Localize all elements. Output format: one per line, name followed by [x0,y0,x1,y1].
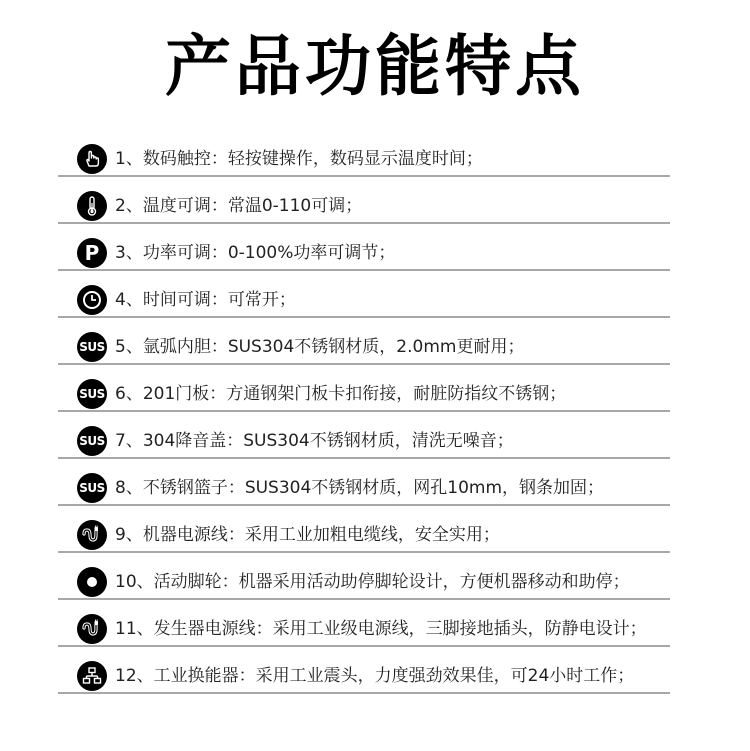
feature-item-time: 4、时间可调：可常开； [58,274,670,321]
feature-item-touch-control: 1、数码触控：轻按键操作，数码显示温度时间； [58,133,670,180]
thermometer-icon [77,191,107,221]
feature-item-door-panel: SUS 6、201门板：方通钢架门板卡扣衔接，耐脏防指纹不锈钢； [58,368,670,415]
divider [58,645,670,647]
feature-text: 6、201门板：方通钢架门板卡扣衔接，耐脏防指纹不锈钢； [115,379,566,409]
feature-item-generator-power-cable: 11、发生器电源线：采用工业级电源线，三脚接地插头，防静电设计； [58,603,670,650]
feature-text: 1、数码触控：轻按键操作，数码显示温度时间； [115,144,483,174]
feature-list: 1、数码触控：轻按键操作，数码显示温度时间； 2、温度可调：常温0-110可调；… [58,133,670,697]
sus-icon: SUS [77,379,107,409]
divider [58,457,670,459]
feature-item-machine-power-cable: 9、机器电源线：采用工业加粗电缆线，安全实用； [58,509,670,556]
feature-item-transducer: 12、工业换能器：采用工业震头，力度强劲效果佳，可24小时工作； [58,650,670,697]
divider [58,598,670,600]
feature-text: 12、工业换能器：采用工业震头，力度强劲效果佳，可24小时工作； [115,661,634,691]
network-hierarchy-icon [77,661,107,691]
feature-item-caster-wheel: 10、活动脚轮：机器采用活动助停脚轮设计，方便机器移动和助停； [58,556,670,603]
sus-icon: SUS [77,473,107,503]
divider [58,551,670,553]
divider [58,410,670,412]
divider [58,222,670,224]
clock-icon [77,285,107,315]
feature-text: 10、活动脚轮：机器采用活动助停脚轮设计，方便机器移动和助停； [115,567,630,597]
feature-item-noise-lid: SUS 7、304降音盖：SUS304不锈钢材质，清洗无噪音； [58,415,670,462]
divider [58,504,670,506]
feature-text: 7、304降音盖：SUS304不锈钢材质，清洗无噪音； [115,426,514,456]
feature-text: 5、氩弧内胆：SUS304不锈钢材质，2.0mm更耐用； [115,332,524,362]
feature-item-basket: SUS 8、不锈钢篮子：SUS304不锈钢材质，网孔10mm，钢条加固； [58,462,670,509]
feature-text: 4、时间可调：可常开； [115,285,296,315]
feature-item-inner-tank: SUS 5、氩弧内胆：SUS304不锈钢材质，2.0mm更耐用； [58,321,670,368]
divider [58,175,670,177]
power-p-icon: P [77,238,107,268]
divider [58,692,670,694]
feature-item-power: P 3、功率可调：0-100%功率可调节； [58,227,670,274]
divider [58,363,670,365]
divider [58,316,670,318]
page-title: 产品功能特点 [0,22,750,112]
feature-text: 8、不锈钢篮子：SUS304不锈钢材质，网孔10mm，钢条加固； [115,473,604,503]
feature-text: 9、机器电源线：采用工业加粗电缆线，安全实用； [115,520,500,550]
sus-icon: SUS [77,332,107,362]
divider [58,269,670,271]
sus-icon: SUS [77,426,107,456]
power-cable-icon [77,614,107,644]
caster-wheel-icon [77,567,107,597]
hand-pointer-icon [77,144,107,174]
feature-text: 3、功率可调：0-100%功率可调节； [115,238,395,268]
feature-text: 11、发生器电源线：采用工业级电源线，三脚接地插头，防静电设计； [115,614,647,644]
feature-item-temperature: 2、温度可调：常温0-110可调； [58,180,670,227]
feature-text: 2、温度可调：常温0-110可调； [115,191,362,221]
power-cable-icon [77,520,107,550]
